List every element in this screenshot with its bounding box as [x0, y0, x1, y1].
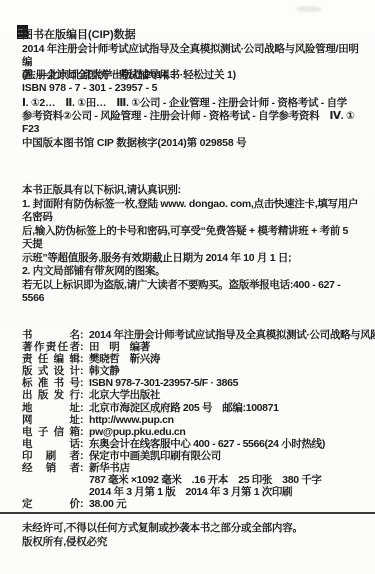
colophon-row-email: 电子信箱:pw@pup.pku.edu.cn	[22, 426, 359, 438]
colophon-row-website: 网址:http://www.pup.cn	[22, 414, 359, 426]
layout-designer: 韩文静	[89, 365, 359, 377]
cip-isbn: ISBN 978 - 7 - 301 - 23957 - 5	[22, 82, 359, 95]
publisher-email: pw@pup.pku.edu.cn	[89, 426, 359, 438]
scan-smudge	[296, 6, 322, 12]
standard-book-number: ISBN 978-7-301-23957-5/F · 3865	[89, 377, 359, 389]
cip-record-number: 中国版本图书馆 CIP 数据核字(2014)第 029858 号	[22, 137, 359, 150]
anti-piracy-line: 若无以上标识即为盗版,请广大读者不要购买。盗版举报电话:400 - 627 - …	[22, 279, 359, 306]
cip-class-line3: F23	[22, 123, 359, 136]
colophon-label: 责任编辑	[22, 353, 80, 365]
anti-piracy-notice: 本书正版具有以下标识,请认真识别: 1. 封面附有防伪标签一枚,登陆 www. …	[22, 184, 359, 306]
colophon-label: 标准书号	[22, 377, 80, 389]
book-title: 2014 年注册会计师考试应试指导及全真模拟测试·公司战略与风险管理	[89, 329, 375, 341]
copyright-line2: 版权所有,侵权必究	[22, 536, 359, 550]
colophon-label: 印刷者	[22, 450, 80, 462]
colophon-row-publisher: 出版发行:北京大学出版社	[22, 389, 359, 401]
colophon-row-isbn: 标准书号:ISBN 978-7-301-23957-5/F · 3865	[22, 377, 359, 389]
cip-header: 图书在版编目(CIP)数据	[22, 26, 359, 42]
distributor: 新华书店	[89, 462, 359, 474]
colophon-label: 书名	[22, 329, 80, 341]
price: 38.00 元	[89, 498, 359, 510]
cip-class-line2: 参考资料②公司 - 风险管理 - 注册会计师 - 资格考试 - 自学参考资料 Ⅳ…	[22, 110, 359, 123]
anti-piracy-line: 示班”等超值服务,服务有效期截止日期为 2014 年 10 月 1 日;	[22, 252, 359, 266]
colophon-label: 版式设计	[22, 365, 80, 377]
author: 田 明 编著	[89, 341, 359, 353]
format-spec: 787 毫米 ×1092 毫米 .16 开本 25 印张 380 千字	[89, 474, 359, 486]
cip-copyright-page: 图书在版编目(CIP)数据 2014 年注册会计师考试应试指导及全真模拟测试·公…	[0, 0, 375, 574]
colophon-row-distributor: 经销者:新华书店	[22, 462, 359, 474]
publisher: 北京大学出版社	[89, 389, 359, 401]
publisher-address: 北京市海淀区成府路 205 号 邮编:100871	[89, 402, 359, 414]
copyright-line1: 未经许可,不得以任何方式复制或抄袭本书之部分或全部内容。	[22, 522, 359, 536]
colophon-label: 出版发行	[22, 389, 80, 401]
colophon-row-layout-designer: 版式设计:韩文静	[22, 365, 359, 377]
colophon-label: 电子信箱	[22, 426, 80, 438]
colophon-label: 定价	[22, 498, 80, 510]
colophon-row-address: 地址:北京市海淀区成府路 205 号 邮编:100871	[22, 402, 359, 414]
colophon-row-editor: 责任编辑:樊晓哲 靳兴涛	[22, 353, 359, 365]
colophon-row-edition: 2014 年 3 月第 1 版 2014 年 3 月第 1 次印刷	[22, 486, 359, 498]
editor: 樊晓哲 靳兴涛	[89, 353, 359, 365]
colophon-label: 经销者	[22, 462, 80, 474]
anti-piracy-line: 本书正版具有以下标识,请认真识别:	[22, 184, 359, 198]
colophon-row-title: 书名:2014 年注册会计师考试应试指导及全真模拟测试·公司战略与风险管理	[22, 329, 359, 341]
service-phone: 东奥会计在线客服中心 400 - 627 - 5566(24 小时热线)	[89, 438, 359, 450]
colophon-row-phone: 电话:东奥会计在线客服中心 400 - 627 - 5566(24 小时热线)	[22, 438, 359, 450]
cip-classification: Ⅰ. ①2… Ⅱ. ①田… Ⅲ. ①公司 - 企业管理 - 注册会计师 - 资格…	[22, 97, 359, 136]
publisher-website: http://www.pup.cn	[89, 414, 359, 426]
divider-rule	[0, 512, 375, 514]
colophon-label: 网址	[22, 414, 80, 426]
cip-class-line1: Ⅰ. ①2… Ⅱ. ①田… Ⅲ. ①公司 - 企业管理 - 注册会计师 - 资格…	[22, 97, 359, 110]
colophon-row-price: 定价:38.00 元	[22, 498, 359, 510]
colophon-label: 地址	[22, 402, 80, 414]
anti-piracy-line: 1. 封面附有防伪标签一枚,登陆 www. dongao. com,点击快速注卡…	[22, 198, 359, 225]
colophon-row-printer: 印刷者:保定市中画美凯印刷有限公司	[22, 450, 359, 462]
printer: 保定市中画美凯印刷有限公司	[89, 450, 359, 462]
cip-entry-line1: 2014 年注册会计师考试应试指导及全真模拟测试·公司战略与风险管理/田明编	[22, 43, 359, 69]
copyright-notice: 未经许可,不得以任何方式复制或抄袭本书之部分或全部内容。 版权所有,侵权必究	[22, 522, 359, 549]
anti-piracy-line: 2. 内文局部铺有带灰网的图案。	[22, 265, 359, 279]
colophon-row-format: 787 毫米 ×1092 毫米 .16 开本 25 印张 380 千字	[22, 474, 359, 486]
colophon-label: 电话	[22, 438, 80, 450]
edition-info: 2014 年 3 月第 1 版 2014 年 3 月第 1 次印刷	[89, 486, 359, 498]
anti-piracy-line: 后,输入防伪标签上的卡号和密码,可享受“免费答疑 + 模考精讲班 + 考前 5 …	[22, 225, 359, 252]
colophon-label: 著作责任者	[22, 341, 80, 353]
colophon: 书名:2014 年注册会计师考试应试指导及全真模拟测试·公司战略与风险管理 著作…	[22, 329, 359, 510]
colophon-row-author: 著作责任者:田 明 编著	[22, 341, 359, 353]
cip-series: (注册会计师全国统一考试辅导用书·轻松过关 1)	[22, 69, 359, 82]
